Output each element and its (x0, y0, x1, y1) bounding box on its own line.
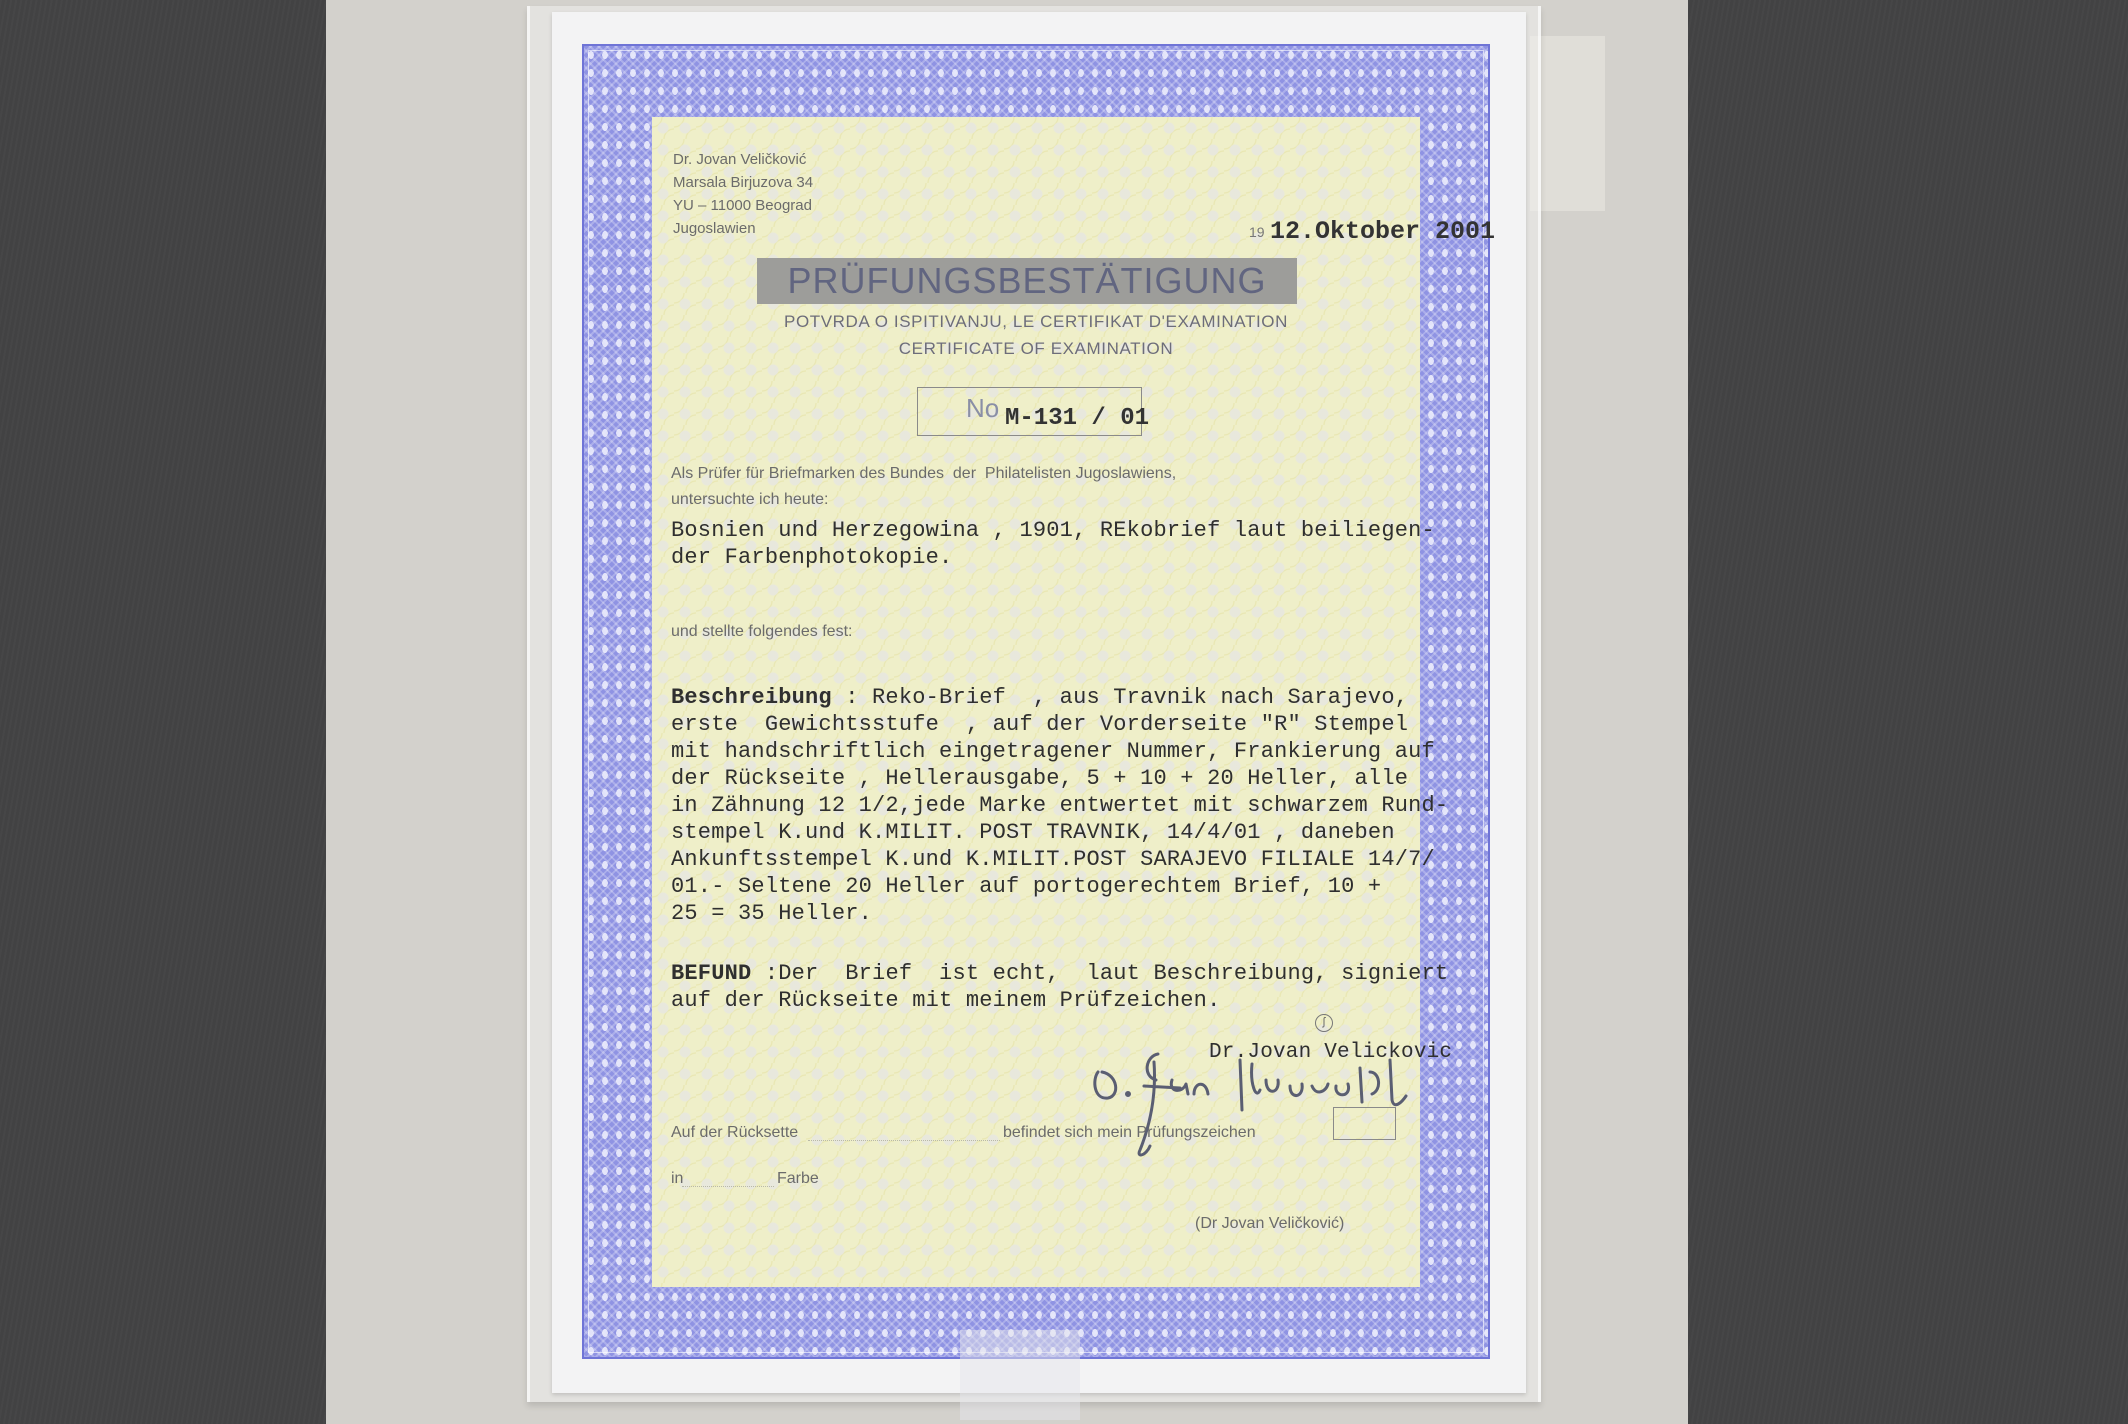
issuer-country: Jugoslawien (673, 220, 756, 237)
subject-line-2: der Farbenphotokopie. (671, 545, 952, 570)
back-mark-label-2: befindet sich mein Prüfungszeichen (1003, 1124, 1256, 1142)
certificate-subtitle-english: CERTIFICATE OF EXAMINATION (652, 339, 1420, 359)
certificate-title: PRÜFUNGSBESTÄTIGUNG (757, 258, 1297, 304)
certificate-date: 12.Oktober 2001 (1270, 217, 1495, 246)
dark-background-right (1688, 0, 2128, 1424)
description-line-4: der Rückseite , Hellerausgabe, 5 + 10 + … (671, 766, 1408, 791)
tape-strip-right (1530, 36, 1605, 211)
description-line-5: in Zähnung 12 1/2,jede Marke entwertet m… (671, 793, 1448, 818)
description-line-9: 25 = 35 Heller. (671, 901, 872, 926)
tape-strip-bottom (960, 1330, 1080, 1420)
result-label: BEFUND (671, 961, 751, 986)
result-line-2: auf der Rückseite mit meinem Prüfzeichen… (671, 988, 1221, 1013)
back-mark-label: Auf der Rücksette (671, 1124, 798, 1142)
description-text: : Reko-Brief , aus Travnik nach Sarajevo… (832, 685, 1408, 710)
description-line-3: mit handschriftlich eingetragener Nummer… (671, 739, 1435, 764)
handwritten-signature (1090, 1050, 1410, 1160)
description-label: Beschreibung (671, 685, 832, 710)
description-line-2: erste Gewichtsstufe , auf der Vorderseit… (671, 712, 1408, 737)
description-line-1: Beschreibung : Reko-Brief , aus Travnik … (671, 685, 1408, 710)
examiner-printed-name: (Dr Jovan Veličković) (1195, 1215, 1344, 1233)
color-label-farbe: Farbe (777, 1170, 819, 1188)
number-label: No (966, 393, 999, 424)
dark-background-left (0, 0, 326, 1424)
intro-line-2: untersuchte ich heute: (671, 491, 828, 509)
mark-sample-box (1333, 1107, 1396, 1140)
subject-line-1: Bosnien und Herzegowina , 1901, REkobrie… (671, 518, 1435, 543)
issuer-street: Marsala Birjuzova 34 (673, 174, 813, 191)
examiner-mark-icon: ʃ (1315, 1014, 1333, 1032)
findings-intro: und stellte folgendes fest: (671, 623, 852, 641)
issuer-name: Dr. Jovan Veličković (673, 151, 806, 168)
issuer-city: YU – 11000 Beograd (673, 197, 812, 214)
result-line-1: BEFUND :Der Brief ist echt, laut Beschre… (671, 961, 1448, 986)
result-text: :Der Brief ist echt, laut Beschreibung, … (751, 961, 1448, 986)
back-mark-dotted-line (808, 1140, 1000, 1141)
certificate-number: M-131 / 01 (1005, 405, 1149, 432)
date-prefix: 19 (1249, 224, 1265, 240)
description-line-7: Ankunftsstempel K.und K.MILIT.POST SARAJ… (671, 847, 1435, 872)
color-dotted-line (682, 1186, 774, 1187)
description-line-6: stempel K.und K.MILIT. POST TRAVNIK, 14/… (671, 820, 1395, 845)
description-line-8: 01.- Seltene 20 Heller auf portogerechte… (671, 874, 1381, 899)
certificate-subtitle-multilang: POTVRDA O ISPITIVANJU, LE CERTIFIKAT D'E… (652, 312, 1420, 332)
intro-line-1: Als Prüfer für Briefmarken des Bundes de… (671, 465, 1176, 483)
